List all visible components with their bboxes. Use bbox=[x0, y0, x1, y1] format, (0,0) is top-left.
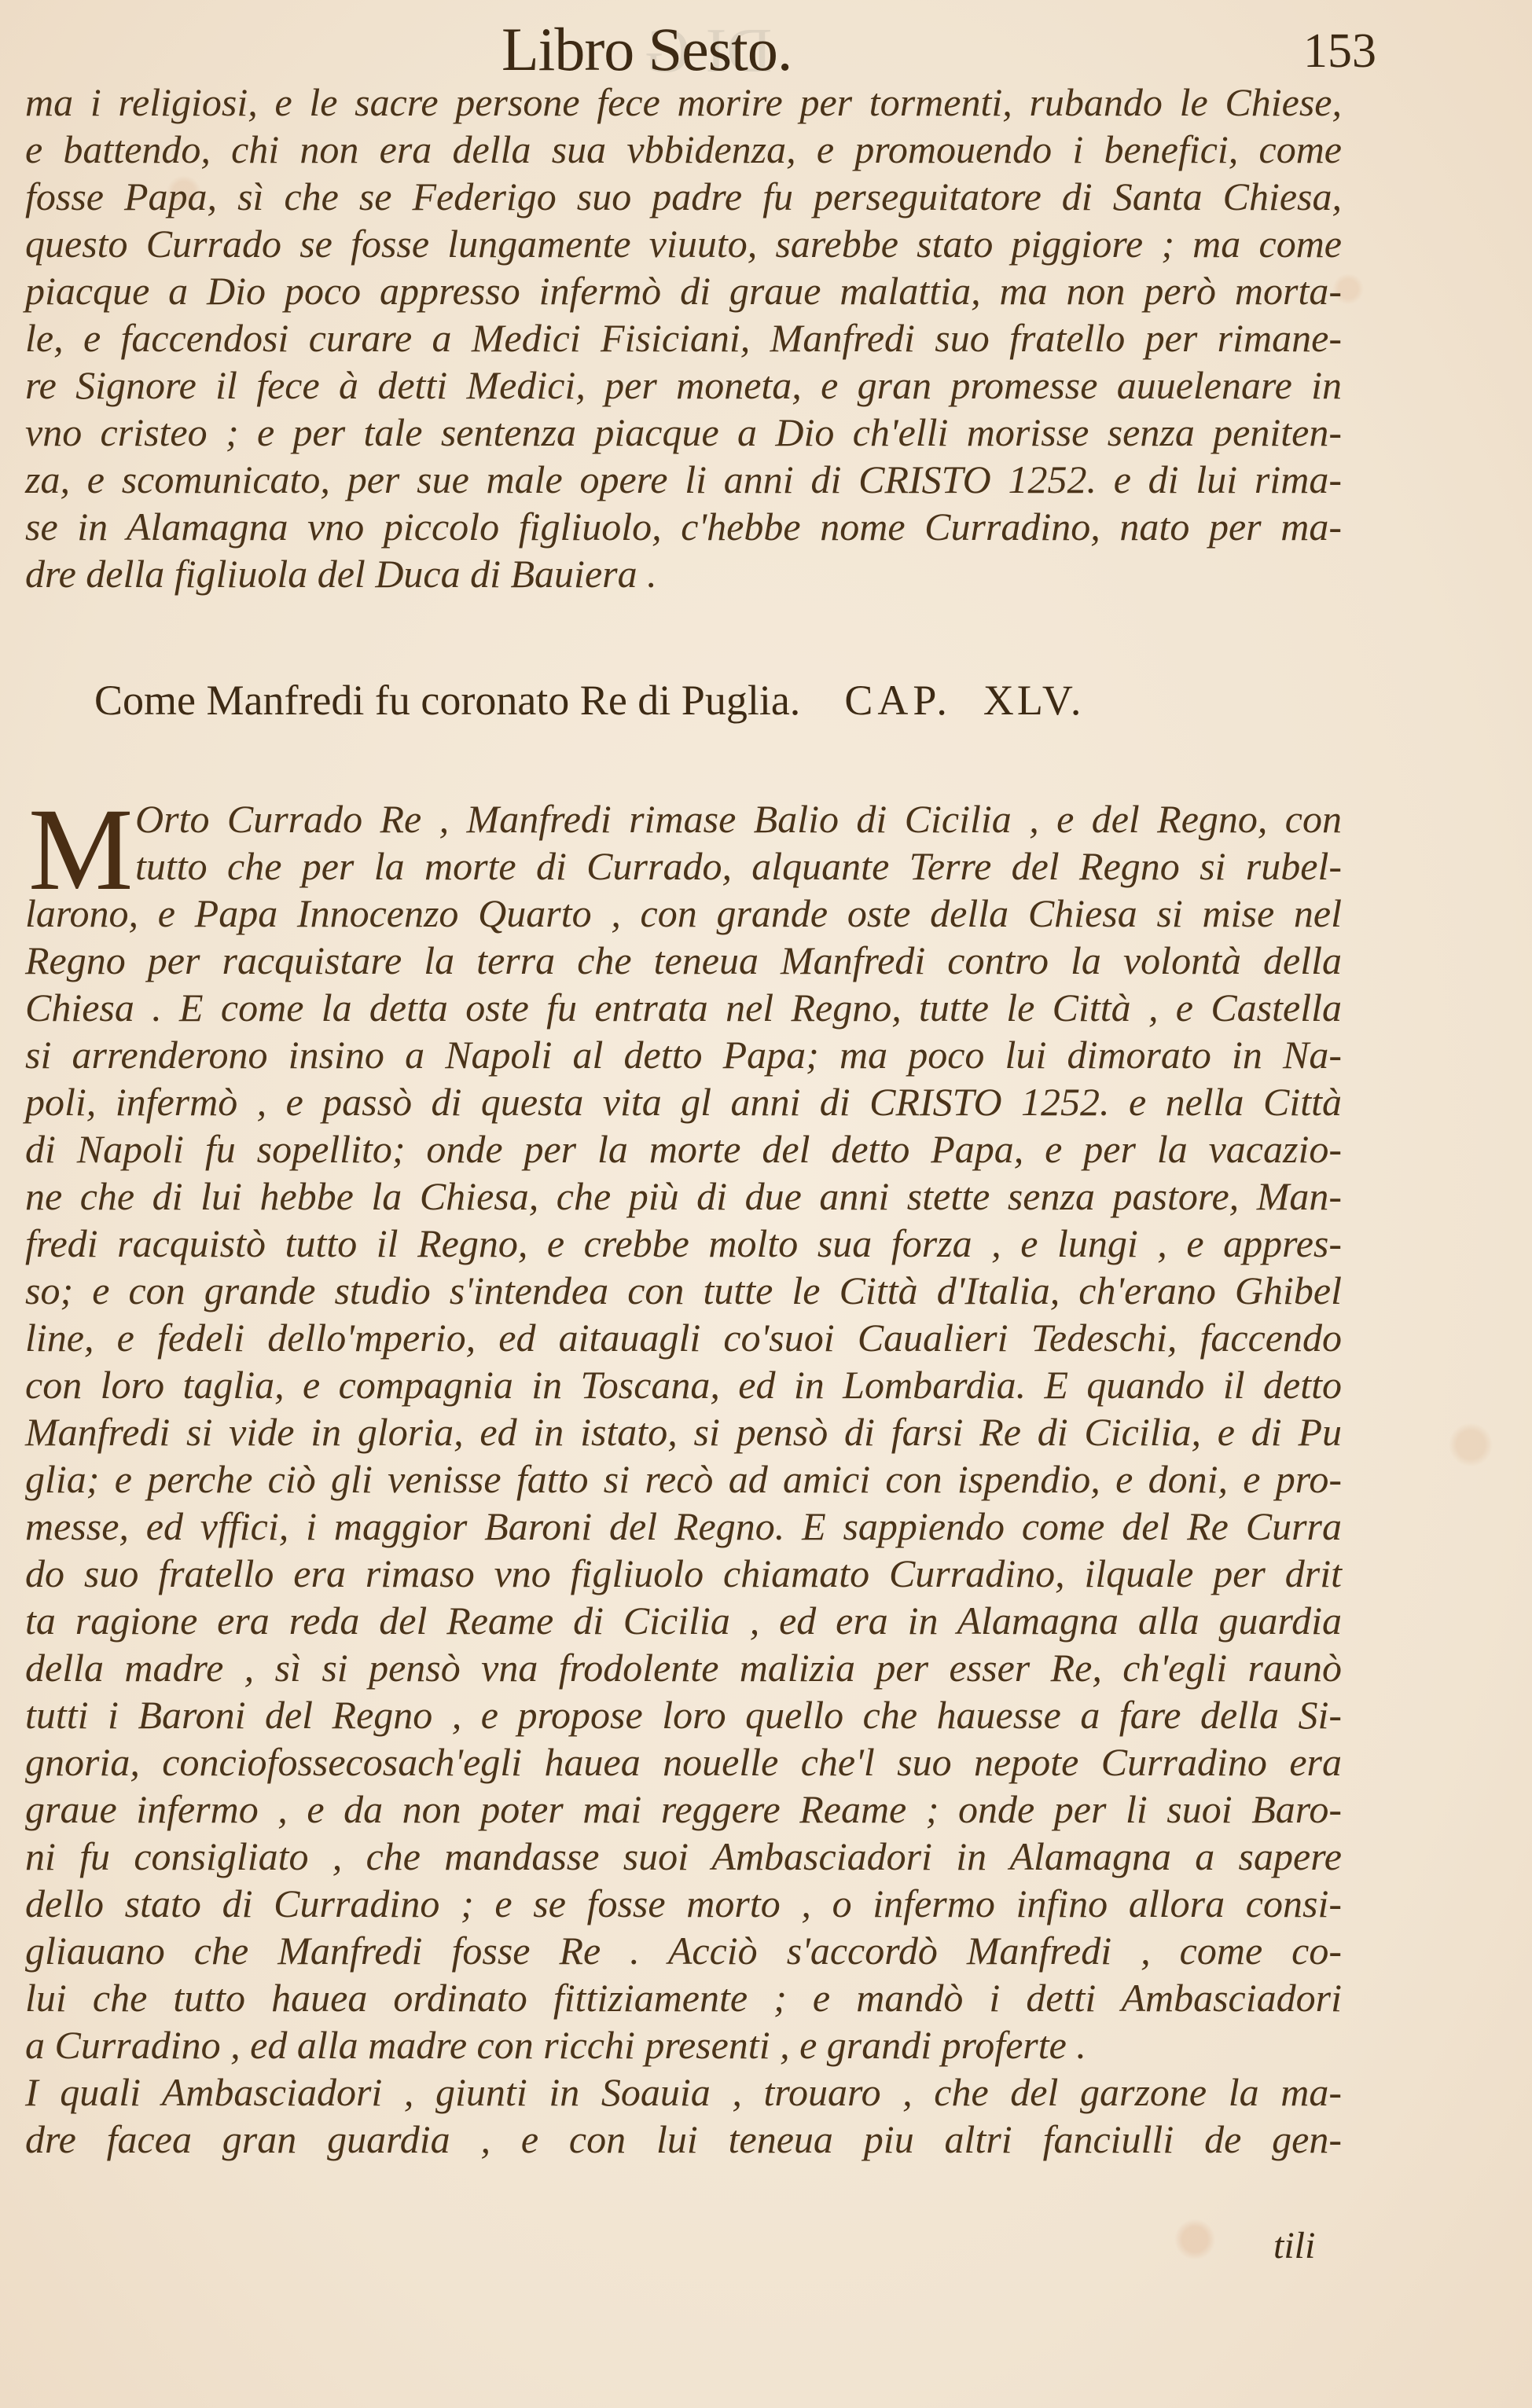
text-line: ne che di lui hebbe la Chiesa, che più d… bbox=[25, 1173, 1342, 1220]
text-line: Regno per racquistare la terra che teneu… bbox=[25, 937, 1342, 984]
text-line: gnoria, conciofossecosach'egli hauea nou… bbox=[25, 1738, 1342, 1786]
text-line: ni fu consigliato , che mandasse suoi Am… bbox=[25, 1833, 1342, 1880]
text-line: a Curradino , ed alla madre con ricchi p… bbox=[25, 2021, 1342, 2068]
text-line: questo Currado se fosse lungamente viuut… bbox=[25, 220, 1342, 267]
chapter-cap-label: CAP. bbox=[844, 677, 952, 724]
text-line: se in Alamagna vno piccolo figliuolo, c'… bbox=[25, 503, 1342, 550]
text-line: line, e fedeli dello'mperio, ed aitauagl… bbox=[25, 1314, 1342, 1361]
chapter-title: Come Manfredi fu coronato Re di Puglia. bbox=[94, 677, 800, 724]
text-line: I quali Ambasciadori , giunti in Soauia … bbox=[25, 2068, 1342, 2116]
text-line: di Napoli fu sopellito; onde per la mort… bbox=[25, 1125, 1342, 1173]
text-line: si arrenderono insino a Napoli al detto … bbox=[25, 1031, 1342, 1078]
text-line: ta ragione era reda del Reame di Cicilia… bbox=[25, 1597, 1342, 1644]
text-line: piacque a Dio poco appresso infermò di g… bbox=[25, 267, 1342, 314]
page-number: 153 bbox=[1303, 24, 1376, 79]
text-line: dre della figliuola del Duca di Bauiera … bbox=[25, 550, 1342, 597]
catchword: tili bbox=[1273, 2224, 1315, 2267]
text-line: tutti i Baroni del Regno , e propose lor… bbox=[25, 1691, 1342, 1738]
text-line: graue infermo , e da non poter mai regge… bbox=[25, 1786, 1342, 1833]
text-line: messe, ed vffici, i maggior Baroni del R… bbox=[25, 1503, 1342, 1550]
text-line: Orto Currado Re , Manfredi rimase Balio … bbox=[25, 795, 1342, 842]
chapter-paragraph: Orto Currado Re , Manfredi rimase Balio … bbox=[25, 795, 1342, 2163]
running-title: Libro Sesto. bbox=[501, 14, 792, 85]
text-line: so; e con grande studio s'intendea con t… bbox=[25, 1267, 1342, 1314]
text-line: fosse Papa, sì che se Federigo suo padre… bbox=[25, 173, 1342, 220]
text-line: glia; e perche ciò gli venisse fatto si … bbox=[25, 1455, 1342, 1503]
text-line: con loro taglia, e compagnia in Toscana,… bbox=[25, 1361, 1342, 1408]
text-line: dello stato di Curradino ; e se fosse mo… bbox=[25, 1880, 1342, 1927]
text-line: della madre , sì si pensò vna frodolente… bbox=[25, 1644, 1342, 1691]
text-line: za, e scomunicato, per sue male opere li… bbox=[25, 456, 1342, 503]
text-line: lui che tutto hauea ordinato fittiziamen… bbox=[25, 1974, 1342, 2021]
text-line: larono, e Papa Innocenzo Quarto , con gr… bbox=[25, 890, 1342, 937]
text-line: Chiesa . E come la detta oste fu entrata… bbox=[25, 984, 1342, 1031]
text-line: fredi racquistò tutto il Regno, e crebbe… bbox=[25, 1220, 1342, 1267]
text-line: Manfredi si vide in gloria, ed in istato… bbox=[25, 1408, 1342, 1455]
text-line: vno cristeo ; e per tale sentenza piacqu… bbox=[25, 409, 1342, 456]
text-line: tutto che per la morte di Currado, alqua… bbox=[25, 842, 1342, 890]
paragraph-continued: ma i religiosi, e le sacre persone fece … bbox=[25, 79, 1342, 597]
text-line: e battendo, chi non era della sua vbbide… bbox=[25, 126, 1342, 173]
text-line: gliauano che Manfredi fosse Re . Acciò s… bbox=[25, 1927, 1342, 1974]
book-page: DI G Libro Sesto. 153 ma i religiosi, e … bbox=[0, 0, 1532, 2408]
text-line: dre facea gran guardia , e con lui teneu… bbox=[25, 2116, 1342, 2163]
chapter-heading: Come Manfredi fu coronato Re di Puglia.C… bbox=[94, 676, 1352, 725]
text-line: do suo fratello era rimaso vno figliuolo… bbox=[25, 1550, 1342, 1597]
chapter-number: XLV. bbox=[983, 677, 1085, 724]
text-line: poli, infermò , e passò di questa vita g… bbox=[25, 1078, 1342, 1125]
text-line: le, e faccendosi curare a Medici Fisicia… bbox=[25, 314, 1342, 362]
text-line: re Signore il fece à detti Medici, per m… bbox=[25, 362, 1342, 409]
text-line: ma i religiosi, e le sacre persone fece … bbox=[25, 79, 1342, 126]
